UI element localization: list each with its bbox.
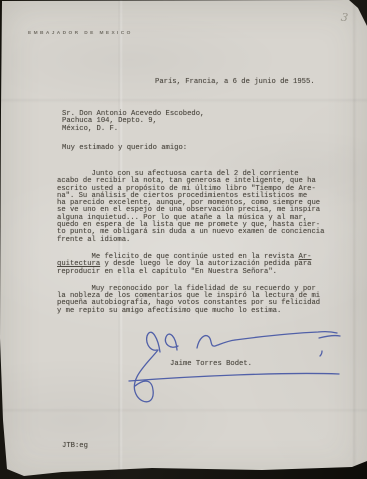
salutation: Muy estimado y querido amigo: <box>62 145 187 152</box>
letter-body: Junto con su afectuosa carta del 2 del c… <box>57 171 323 325</box>
recipient-address: Sr. Don Antonio Acevedo Escobedo, Pachuc… <box>62 111 204 133</box>
paragraph: Junto con su afectuosa carta del 2 del c… <box>57 171 323 244</box>
paragraph: Muy reconocido por la fidelidad de su re… <box>57 286 323 315</box>
handwritten-signature-ink <box>105 320 345 418</box>
dateline: París, Francia, a 6 de junio de 1955. <box>155 79 315 86</box>
embossed-letterhead: EMBAJADOR DE MEXICO <box>28 31 133 36</box>
paragraph: Me felicito de que continúe usted en la … <box>57 254 323 276</box>
signature-typed-name: Jaime Torres Bodet. <box>170 361 252 368</box>
letter-scan: EMBAJADOR DE MEXICO 3 París, Francia, a … <box>0 0 367 479</box>
typist-initials: JTB:eg <box>62 443 88 450</box>
